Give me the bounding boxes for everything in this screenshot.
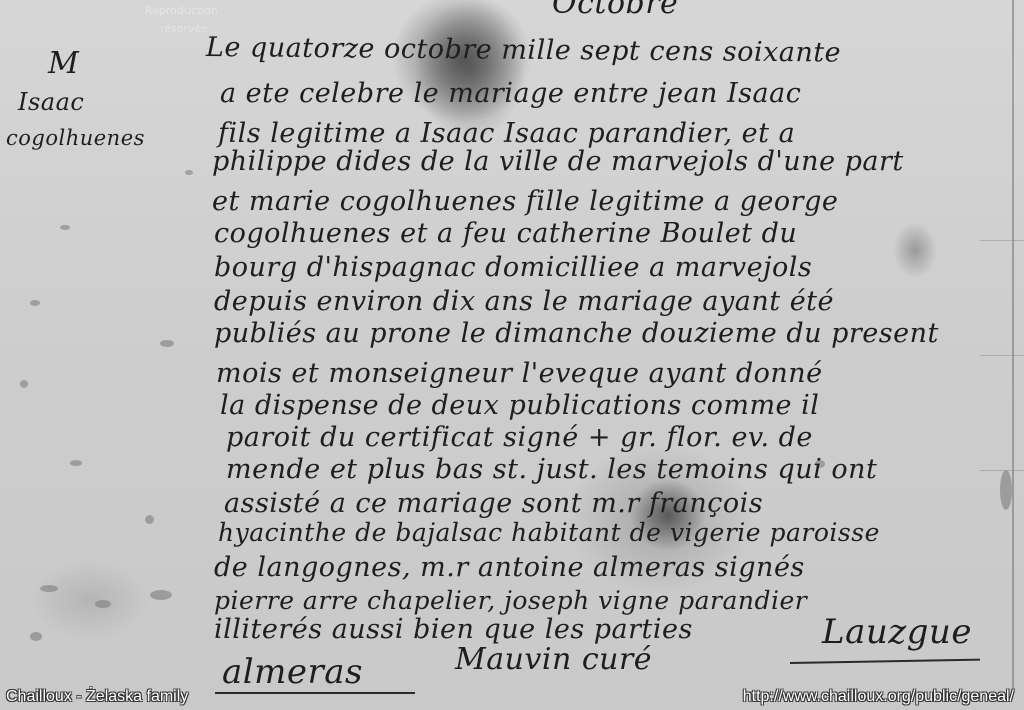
ink-speck [40,585,58,592]
record-line: a ete celebre le mariage entre jean Isaa… [220,78,801,109]
margin-note-line: M [48,46,79,81]
record-line: paroit du certificat signé + gr. flor. e… [226,422,813,453]
ruled-line [980,240,1024,241]
record-line: Le quatorze octobre mille sept cens soix… [206,32,841,69]
ink-speck [95,600,111,608]
ink-speck [185,170,193,175]
scanned-document-page: Reproduction réservée Octobre M Isaac co… [0,0,1024,710]
margin-note-line: cogolhuenes [6,126,145,150]
ink-speck [60,225,70,230]
record-line: de langognes, m.r antoine almeras signés [214,552,805,583]
month-header-fragment: Octobre [552,0,678,21]
faint-watermark-text: réservée [160,22,208,35]
record-line: la dispense de deux publications comme i… [220,390,819,421]
record-line: depuis environ dix ans le mariage ayant … [214,286,834,317]
record-line: philippe dides de la ville de marvejols … [212,146,904,177]
ink-speck [20,380,28,388]
record-line: bourg d'hispagnac domicilliee a marvejol… [214,252,812,283]
family-caption: Chailloux - Żelaska family [6,688,188,706]
record-line: mende et plus bas st. just. les temoins … [226,454,877,485]
signature-almeras: almeras [222,652,363,692]
ink-speck [145,515,154,524]
ink-speck [70,460,82,466]
record-line: assisté a ce mariage sont m.r françois [224,488,763,519]
margin-note-line: Isaac [18,88,84,116]
signature-underline [790,659,980,664]
ink-speck [30,632,42,641]
faint-watermark-text: Reproduction [145,4,218,17]
record-line: et marie cogolhuenes fille legitime a ge… [212,186,838,217]
signature-lauzgue: Lauzgue [822,612,972,652]
record-line: publiés au prone le dimanche douzieme du… [214,318,939,349]
signature-underline [215,692,415,694]
record-line: hyacinthe de bajalsac habitant de vigeri… [218,518,880,547]
ink-speck [30,300,40,306]
ink-speck [1000,470,1012,510]
signature-cure: Mauvin curé [455,642,652,677]
ruled-line [980,470,1024,471]
ink-speck [160,340,174,347]
record-line: illiterés aussi bien que les parties [214,614,693,645]
record-line: fils legitime a Isaac Isaac parandier, e… [218,118,795,149]
source-url-caption: http://www.chailloux.org/public/geneal/ [743,688,1014,706]
ruled-line [980,355,1024,356]
record-line: pierre arre chapelier, joseph vigne para… [214,586,807,615]
ink-speck [150,590,172,600]
right-page-edge [1012,0,1014,690]
record-line: cogolhuenes et a feu catherine Boulet du [214,218,797,249]
record-line: mois et monseigneur l'eveque ayant donné [216,358,823,389]
